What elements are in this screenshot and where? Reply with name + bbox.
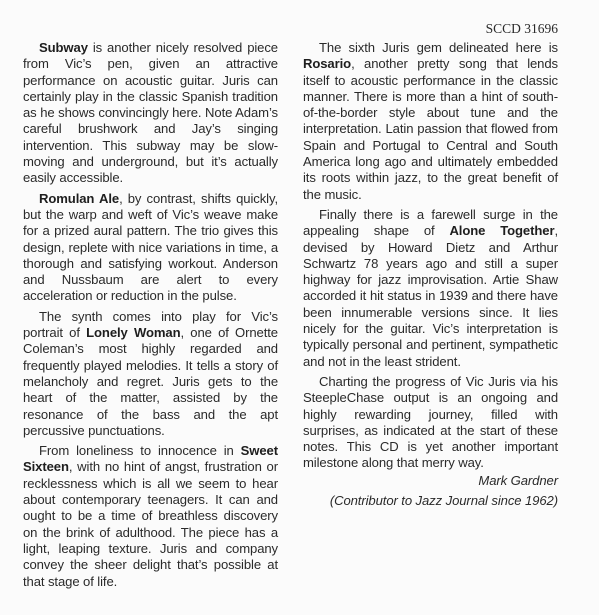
author-name: Mark Gardner — [303, 473, 558, 489]
track-title-alone-together: Alone Together — [449, 223, 554, 238]
author-credit: (Contributor to Jazz Journal since 1962) — [303, 493, 558, 509]
right-column: The sixth Juris gem delineated here is R… — [303, 40, 558, 509]
paragraph-lonely-woman: The synth comes into play for Vic’s port… — [23, 309, 278, 439]
paragraph-sweet-sixteen: From loneliness to innocence in Sweet Si… — [23, 443, 278, 590]
paragraph-rosario: The sixth Juris gem delineated here is R… — [303, 40, 558, 203]
track-title-romulan-ale: Romulan Ale — [39, 191, 119, 206]
paragraph-text: From loneliness to innocence in — [39, 443, 241, 458]
track-title-lonely-woman: Lonely Woman — [86, 325, 180, 340]
catalog-number: SCCD 31696 — [480, 21, 558, 37]
paragraph-closing: Charting the progress of Vic Juris via h… — [303, 374, 558, 472]
paragraph-text: , with no hint of angst, frustration or … — [23, 459, 278, 588]
paragraph-text: Charting the progress of Vic Juris via h… — [303, 374, 558, 470]
paragraph-subway: Subway is another nicely resolved piece … — [23, 40, 278, 187]
paragraph-alone-together: Finally there is a farewell surge in the… — [303, 207, 558, 370]
liner-notes-page: SCCD 31696 Subway is another nicely reso… — [0, 0, 599, 615]
track-title-rosario: Rosario — [303, 56, 351, 71]
paragraph-text: , one of Ornette Coleman’s most highly r… — [23, 325, 278, 438]
paragraph-text: , by contrast, shifts quickly, but the w… — [23, 191, 278, 304]
paragraph-text: , another pretty song that lends itself … — [303, 56, 558, 201]
track-title-subway: Subway — [39, 40, 88, 55]
paragraph-text: is another nicely resolved piece from Vi… — [23, 40, 278, 185]
paragraph-text: , devised by Howard Dietz and Arthur Sch… — [303, 223, 558, 368]
paragraph-text: The sixth Juris gem delineated here is — [319, 40, 558, 55]
left-column: Subway is another nicely resolved piece … — [23, 40, 278, 590]
paragraph-romulan-ale: Romulan Ale, by contrast, shifts quickly… — [23, 191, 278, 305]
